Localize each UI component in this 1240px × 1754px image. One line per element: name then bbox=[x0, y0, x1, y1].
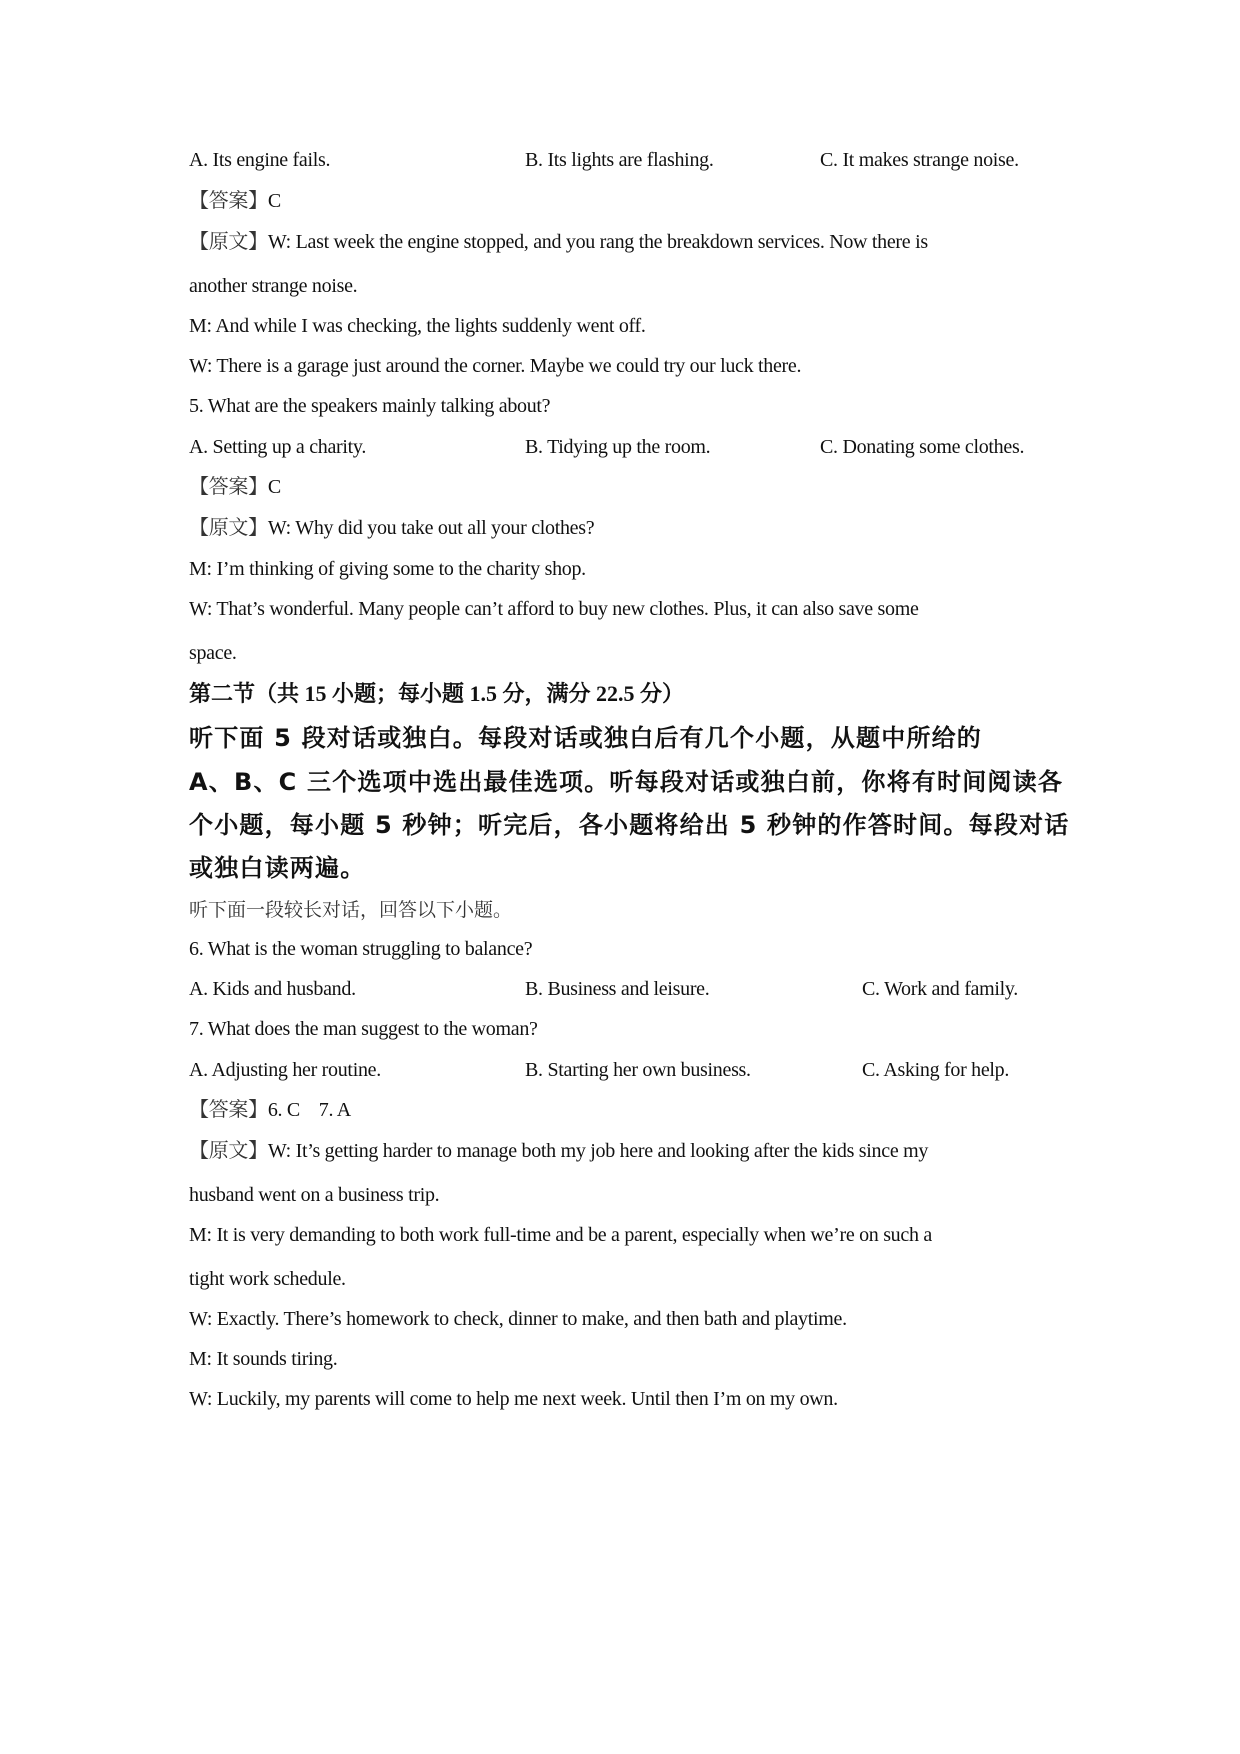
q6-q7-transcript-line-4: tight work schedule. bbox=[189, 1267, 346, 1291]
transcript-text: W: Why did you take out all your clothes… bbox=[268, 517, 595, 539]
transcript-tag: 【原文】 bbox=[189, 1140, 268, 1162]
transcript-text: W: Last week the engine stopped, and you… bbox=[268, 231, 928, 253]
q5-transcript-line-2: M: I’m thinking of giving some to the ch… bbox=[189, 557, 586, 581]
q6-option-c: C. Work and family. bbox=[862, 977, 1018, 1001]
q4-option-a: A. Its engine fails. bbox=[189, 148, 330, 172]
q7-option-b: B. Starting her own business. bbox=[525, 1058, 751, 1082]
q4-option-c: C. It makes strange noise. bbox=[820, 148, 1019, 172]
q7-option-c: C. Asking for help. bbox=[862, 1058, 1009, 1082]
q4-option-b: B. Its lights are flashing. bbox=[525, 148, 714, 172]
transcript-tag: 【原文】 bbox=[189, 231, 268, 253]
q6-q7-transcript-line-3: M: It is very demanding to both work ful… bbox=[189, 1223, 932, 1247]
q6-q7-transcript-line-7: W: Luckily, my parents will come to help… bbox=[189, 1387, 838, 1411]
q4-answer: 【答案】C bbox=[189, 189, 281, 213]
answer-tag: 【答案】 bbox=[189, 476, 268, 498]
transcript-text: W: It’s getting harder to manage both my… bbox=[268, 1140, 928, 1162]
section-2-instruction-line-3: 个小题，每小题 5 秒钟；听完后，各小题将给出 5 秒钟的作答时间。每段对话 bbox=[189, 810, 1069, 840]
answer-value: C bbox=[268, 476, 281, 498]
answer-value: C bbox=[268, 190, 281, 212]
q5-transcript-line-4: space. bbox=[189, 641, 237, 665]
document-page: A. Its engine fails. B. Its lights are f… bbox=[0, 0, 1240, 1754]
q5-option-b: B. Tidying up the room. bbox=[525, 435, 710, 459]
answer-tag: 【答案】 bbox=[189, 1099, 268, 1121]
section-2-instruction-line-1: 听下面 5 段对话或独白。每段对话或独白后有几个小题，从题中所给的 bbox=[189, 723, 982, 753]
q5-answer: 【答案】C bbox=[189, 475, 281, 499]
q4-transcript-line-1: 【原文】W: Last week the engine stopped, and… bbox=[189, 230, 928, 254]
q6-question: 6. What is the woman struggling to balan… bbox=[189, 937, 532, 961]
section-2-instruction-line-2: A、B、C 三个选项中选出最佳选项。听每段对话或独白前，你将有时间阅读各 bbox=[189, 767, 1063, 797]
q6-q7-transcript-line-2: husband went on a business trip. bbox=[189, 1183, 439, 1207]
q5-question: 5. What are the speakers mainly talking … bbox=[189, 394, 550, 418]
q6-q7-transcript-line-6: M: It sounds tiring. bbox=[189, 1347, 337, 1371]
q4-transcript-line-2: another strange noise. bbox=[189, 274, 357, 298]
q5-option-a: A. Setting up a charity. bbox=[189, 435, 366, 459]
q6-option-a: A. Kids and husband. bbox=[189, 977, 356, 1001]
answer-tag: 【答案】 bbox=[189, 190, 268, 212]
q4-transcript-line-4: W: There is a garage just around the cor… bbox=[189, 354, 801, 378]
q7-option-a: A. Adjusting her routine. bbox=[189, 1058, 381, 1082]
transcript-tag: 【原文】 bbox=[189, 517, 268, 539]
section-2-note: 听下面一段较长对话，回答以下小题。 bbox=[189, 898, 512, 922]
q6-option-b: B. Business and leisure. bbox=[525, 977, 709, 1001]
answer-value: 6. C 7. A bbox=[268, 1099, 351, 1121]
q5-transcript-line-3: W: That’s wonderful. Many people can’t a… bbox=[189, 597, 919, 621]
section-2-instruction-line-4: 或独白读两遍。 bbox=[189, 853, 365, 883]
section-2-title: 第二节（共 15 小题；每小题 1.5 分，满分 22.5 分） bbox=[189, 680, 684, 708]
q5-transcript-line-1: 【原文】W: Why did you take out all your clo… bbox=[189, 516, 594, 540]
q6-q7-transcript-line-1: 【原文】W: It’s getting harder to manage bot… bbox=[189, 1139, 928, 1163]
q4-transcript-line-3: M: And while I was checking, the lights … bbox=[189, 314, 646, 338]
q7-question: 7. What does the man suggest to the woma… bbox=[189, 1017, 538, 1041]
q6-q7-transcript-line-5: W: Exactly. There’s homework to check, d… bbox=[189, 1307, 847, 1331]
q6-q7-answer: 【答案】6. C 7. A bbox=[189, 1098, 351, 1122]
q5-option-c: C. Donating some clothes. bbox=[820, 435, 1024, 459]
